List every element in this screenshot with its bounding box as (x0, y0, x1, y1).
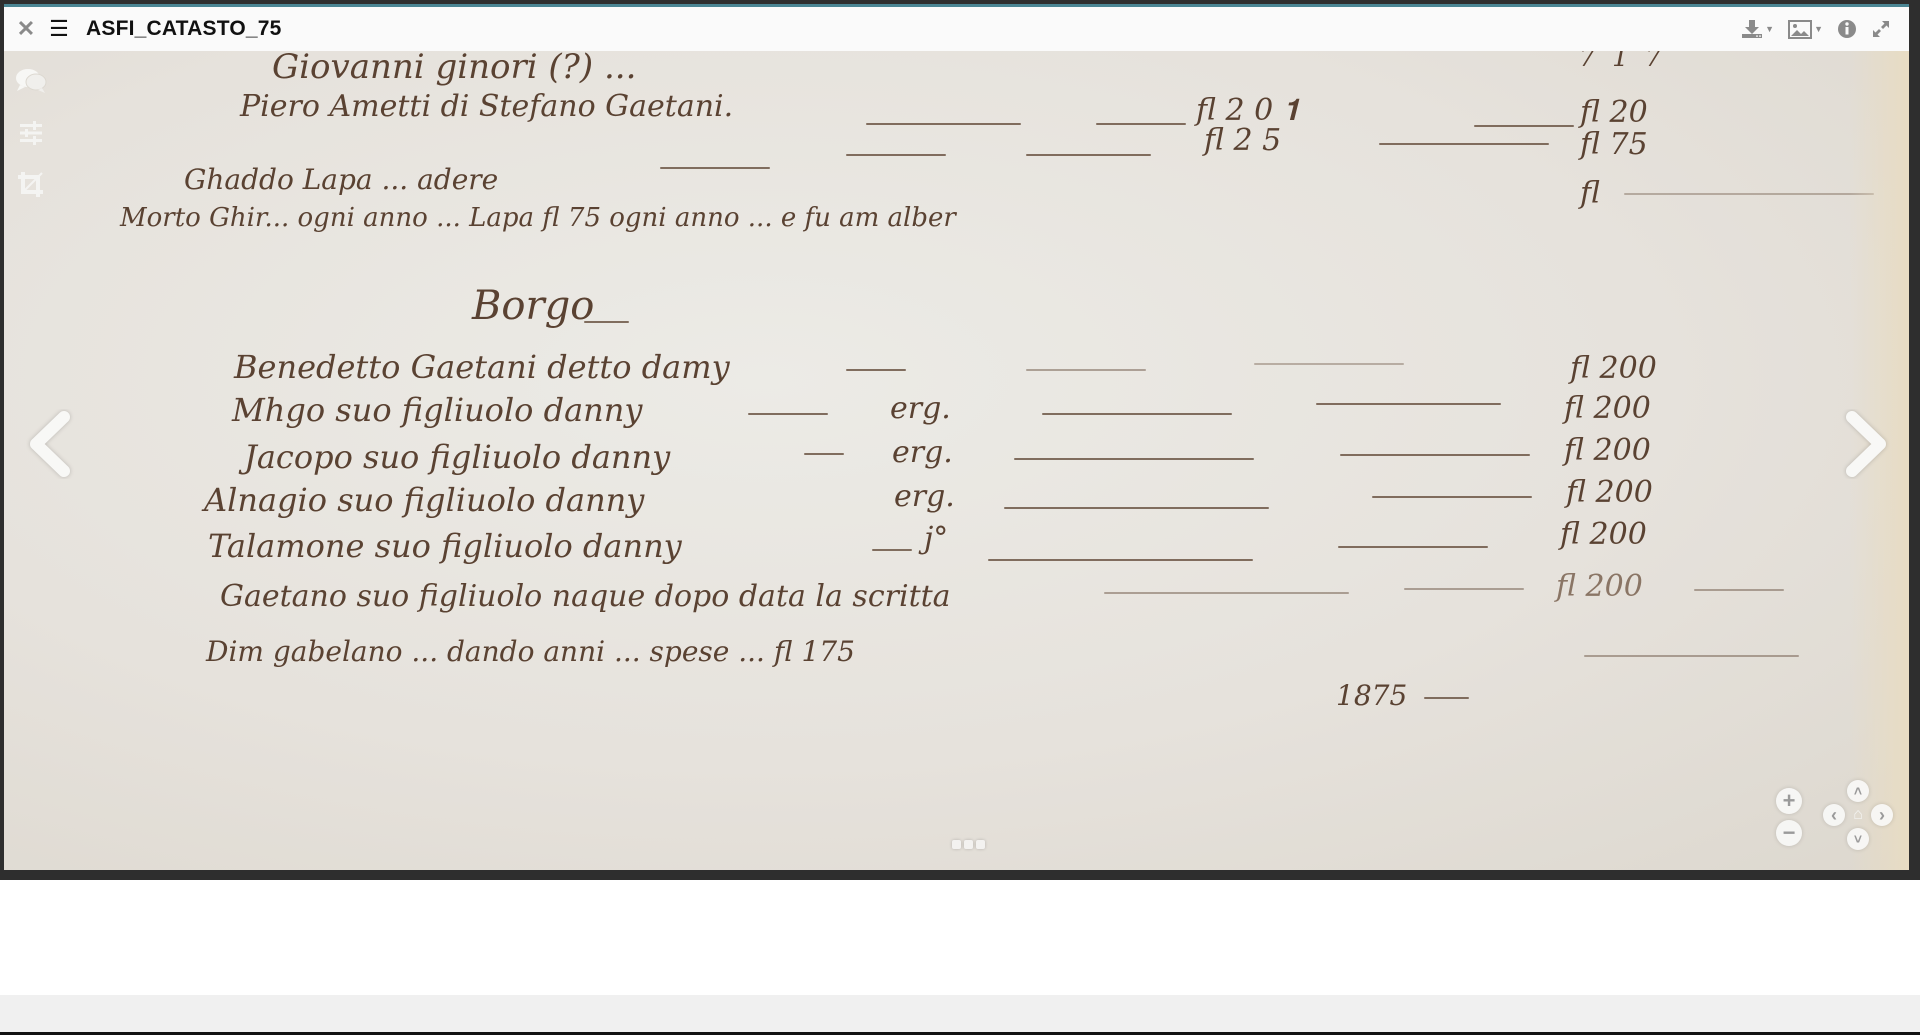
manuscript-line: Mhgo suo figliuolo danny (232, 391, 642, 429)
fullscreen-button[interactable] (1871, 19, 1891, 39)
manuscript-total: 1875 (1336, 679, 1407, 712)
dropdown-caret-icon: ▼ (1765, 24, 1774, 34)
manuscript-amount: fl 200 (1560, 517, 1647, 552)
document-title: ASFI_CATASTO_75 (86, 17, 282, 41)
manuscript-amount: fl 200 (1564, 391, 1651, 426)
manuscript-line: Dim gabelano ... dando anni ... spese ..… (206, 635, 855, 668)
pan-down-button[interactable]: ˅ (1847, 828, 1869, 850)
adjustments-button[interactable] (14, 116, 48, 150)
comments-button[interactable] (14, 64, 48, 98)
manuscript-amount: fl 200 (1566, 475, 1653, 510)
header-toolbar: ▼ ▼ (1741, 7, 1891, 51)
info-button[interactable] (1837, 19, 1857, 39)
next-page-button[interactable] (1840, 409, 1890, 479)
download-button[interactable]: ▼ (1741, 19, 1774, 39)
manuscript-note: erg. (890, 391, 951, 426)
manuscript-line: Benedetto Gaetani detto damy (234, 348, 730, 386)
info-icon (1837, 19, 1857, 39)
pan-up-button[interactable]: ˄ (1847, 780, 1869, 802)
comments-icon (14, 67, 48, 95)
crop-icon (17, 171, 45, 199)
section-heading: Borgo (472, 283, 594, 329)
manuscript-note: j° (924, 521, 948, 556)
manuscript-amount: fl 200 (1556, 569, 1643, 604)
manuscript-line: Alnagio suo figliuolo danny (204, 481, 644, 519)
manuscript-amount: fl (1580, 176, 1600, 211)
manuscript-line: Gaetano suo figliuolo naque dopo data la… (220, 579, 951, 614)
manuscript-amount: fl 75 (1580, 127, 1648, 162)
zoom-in-button[interactable]: + (1776, 788, 1802, 814)
manuscript-note: erg. (894, 479, 955, 514)
pan-right-button[interactable]: › (1871, 804, 1893, 826)
crop-button[interactable] (14, 168, 48, 202)
side-toolbar (14, 64, 48, 202)
dropdown-caret-icon: ▼ (1814, 24, 1823, 34)
image-icon (1788, 20, 1812, 39)
hamburger-menu-icon[interactable]: ☰ (48, 16, 70, 42)
manuscript-amount: fl 2 5 (1204, 123, 1281, 158)
download-icon (1741, 19, 1763, 39)
close-icon[interactable]: ✕ (16, 16, 36, 42)
adjustments-icon (18, 120, 44, 146)
image-options-button[interactable]: ▼ (1788, 20, 1823, 39)
manuscript-line: Ghaddo Lapa ... adere (184, 163, 498, 196)
manuscript-line: Jacopo suo figliuolo danny (244, 438, 670, 476)
manuscript-note: erg. (892, 435, 953, 470)
manuscript-line: Talamone suo figliuolo danny (208, 527, 682, 565)
previous-page-button[interactable] (26, 409, 76, 479)
manuscript-page[interactable]: Giovanni ginori (?) ... 7 1 7 Piero Amet… (4, 51, 1909, 870)
manuscript-line: Piero Ametti di Stefano Gaetani. (240, 89, 733, 124)
manuscript-line-partial: Giovanni ginori (?) ... (272, 47, 636, 87)
pan-left-button[interactable]: ‹ (1823, 804, 1845, 826)
dot-icon (952, 840, 961, 849)
fullscreen-icon (1871, 19, 1891, 39)
image-viewer: ✕ ☰ ASFI_CATASTO_75 ▼ ▼ Giovanni ginori … (4, 4, 1909, 870)
zoom-out-button[interactable]: − (1776, 820, 1802, 846)
viewer-header: ✕ ☰ ASFI_CATASTO_75 ▼ ▼ (4, 7, 1909, 51)
thumbnail-strip-toggle[interactable] (952, 840, 985, 849)
manuscript-line: Morto Ghir... ogni anno ... Lapa fl 75 o… (120, 203, 956, 233)
chevron-left-icon (26, 409, 76, 479)
page-body-area (0, 880, 1920, 995)
dot-icon (964, 840, 973, 849)
manuscript-amount: fl 200 (1570, 351, 1657, 386)
manuscript-amount: fl 200 (1564, 433, 1651, 468)
home-button[interactable]: ⌂ (1847, 804, 1869, 826)
page-footer (0, 995, 1920, 1032)
chevron-right-icon (1840, 409, 1890, 479)
manuscript-amount: fl 20 (1580, 95, 1648, 130)
dot-icon (976, 840, 985, 849)
